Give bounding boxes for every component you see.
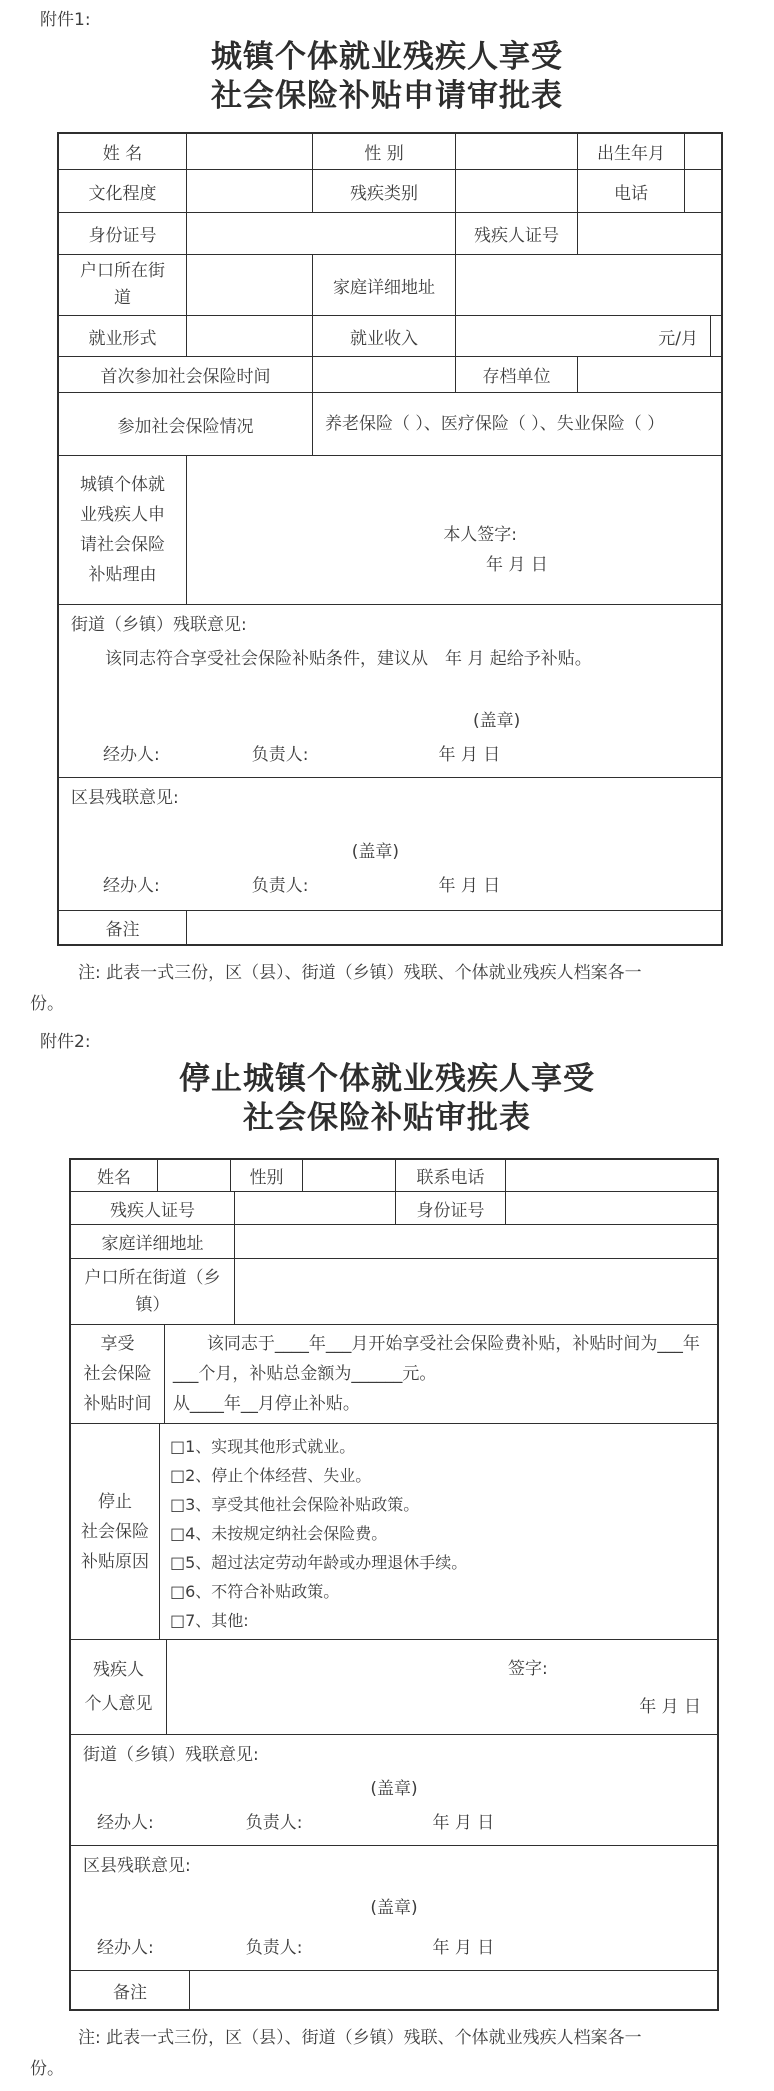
street-sign-line: 经办人: 负责人: 年 月 日 (71, 741, 709, 769)
county-sign-line: 经办人: 负责人: 年 月 日 (71, 872, 709, 900)
form2-table: 姓名 性别 联系电话 残疾人证号 身份证号 家庭详细地址 户口所在街道（乡 镇）… (69, 1158, 719, 2011)
form2-row-personal-opinion: 残疾人 个人意见 签字: 年 月 日 (71, 1639, 717, 1734)
personal-signature-date: 年 月 日 (639, 1692, 701, 1717)
archive-unit-value-cell (577, 357, 721, 392)
disability-id-value-cell (577, 213, 721, 254)
form2-footnote: 注: 此表一式三份，区（县）、街道（乡镇）残联、个体就业残疾人档案各一 份。 (30, 2023, 746, 2085)
form1-row-first-insurance: 首次参加社会保险时间 存档单位 (59, 356, 721, 392)
personal-signature-label: 签字: (508, 1654, 548, 1679)
form2-footnote-line1: 注: 此表一式三份，区（县）、街道（乡镇）残联、个体就业残疾人档案各一 (30, 2023, 746, 2054)
gender-value-cell (302, 1160, 395, 1191)
name-label: 姓 名 (59, 134, 186, 169)
subsidy-period-text1: 该同志于____年___月开始享受社会保险费补贴，补贴时间为___年___个月，… (173, 1329, 709, 1389)
id-number-value-cell (186, 213, 455, 254)
name-value-cell (157, 1160, 230, 1191)
archive-unit-label: 存档单位 (455, 357, 577, 392)
gender-label: 性 别 (312, 134, 455, 169)
document-page: 附件1: 城镇个体就业残疾人享受 社会保险补贴申请审批表 姓 名 性 别 出生年… (0, 0, 774, 2091)
id-number-label: 身份证号 (59, 213, 186, 254)
form1-row-basic1: 姓 名 性 别 出生年月 (59, 134, 721, 169)
form1-row-remark: 备注 (59, 910, 721, 944)
employment-form-value-cell (186, 316, 312, 356)
county-seal-placeholder: (盖章) (71, 838, 709, 866)
street-handler-label: 经办人: (103, 741, 160, 769)
form2-row-remark: 备注 (71, 1970, 717, 2009)
county-handler-label: 经办人: (103, 872, 160, 900)
form1-row-ids: 身份证号 残疾人证号 (59, 212, 721, 254)
street-date-label: 年 月 日 (432, 1809, 494, 1837)
county-sign-line: 经办人: 负责人: 年 月 日 (83, 1934, 705, 1962)
remark-label: 备注 (71, 1971, 189, 2009)
disability-id-value-cell (234, 1192, 395, 1224)
street-date-label: 年 月 日 (438, 741, 500, 769)
form2-title-line2: 社会保险补贴审批表 (243, 1100, 531, 1136)
household-street-value-cell (186, 255, 312, 315)
birth-label: 出生年月 (577, 134, 684, 169)
stop-reason-item-5: □5、超过法定劳动年龄或办理退休手续。 (170, 1548, 709, 1577)
birth-value-cell (684, 134, 721, 169)
form2-title-line1: 停止城镇个体就业残疾人享受 (179, 1061, 595, 1097)
form2-row-stop-reason: 停止 社会保险 补贴原因 □1、实现其他形式就业。 □2、停止个体经营、失业。 … (71, 1423, 717, 1639)
disability-id-label: 残疾人证号 (455, 213, 577, 254)
employment-form-label: 就业形式 (59, 316, 186, 356)
household-street-label: 户口所在街道（乡 镇） (71, 1259, 234, 1324)
county-handler-label: 经办人: (97, 1934, 154, 1962)
form1-title: 城镇个体就业残疾人享受 社会保险补贴申请审批表 (0, 38, 774, 116)
insurance-status-value: 养老保险（ ）、医疗保险（ ）、失业保险（ ） (312, 393, 721, 455)
form1-row-employment: 就业形式 就业收入 元/月 (59, 315, 721, 356)
street-opinion-body: 该同志符合享受社会保险补贴条件，建议从 年 月 起给予补贴。 (71, 645, 709, 673)
employment-income-label: 就业收入 (312, 316, 455, 356)
form1-table: 姓 名 性 别 出生年月 文化程度 残疾类别 电话 身份证号 残疾人证号 户口所… (57, 132, 723, 946)
form1-row-street-opinion: 街道（乡镇）残联意见: 该同志符合享受社会保险补贴条件，建议从 年 月 起给予补… (59, 604, 721, 777)
name-label: 姓名 (71, 1160, 157, 1191)
form1-title-line1: 城镇个体就业残疾人享受 (211, 39, 563, 75)
form2-row-street-opinion: 街道（乡镇）残联意见: (盖章) 经办人: 负责人: 年 月 日 (71, 1734, 717, 1845)
phone-label: 电话 (577, 170, 684, 212)
stop-reason-item-2: □2、停止个体经营、失业。 (170, 1461, 709, 1490)
form1-row-address: 户口所在街 道 家庭详细地址 (59, 254, 721, 315)
first-insurance-time-value-cell (312, 357, 455, 392)
street-seal-placeholder: (盖章) (71, 707, 709, 735)
employment-income-value-cell: 元/月 (455, 316, 710, 356)
county-principal-label: 负责人: (246, 1934, 303, 1962)
form1-footnote-line1: 注: 此表一式三份，区（县）、街道（乡镇）残联、个体就业残疾人档案各一 (30, 958, 746, 989)
education-label: 文化程度 (59, 170, 186, 212)
subsidy-period-text2: 从____年__月停止补贴。 (173, 1389, 709, 1419)
form2-footnote-line2: 份。 (30, 2054, 746, 2085)
household-street-label: 户口所在街 道 (59, 255, 186, 315)
home-address-label: 家庭详细地址 (71, 1225, 234, 1258)
stop-reason-item-3: □3、享受其他社会保险补贴政策。 (170, 1490, 709, 1519)
name-value-cell (186, 134, 312, 169)
attachment2-label: 附件2: (0, 1030, 774, 1054)
county-date-label: 年 月 日 (438, 872, 500, 900)
remark-value-cell (189, 1971, 717, 2009)
personal-opinion-label: 残疾人 个人意见 (71, 1640, 166, 1734)
county-opinion-cell: 区县残联意见: (盖章) 经办人: 负责人: 年 月 日 (71, 1846, 717, 1970)
home-address-value-cell (455, 255, 721, 315)
insurance-status-label: 参加社会保险情况 (59, 393, 312, 455)
form2-row-county-opinion: 区县残联意见: (盖章) 经办人: 负责人: 年 月 日 (71, 1845, 717, 1970)
street-opinion-title: 街道（乡镇）残联意见: (83, 1745, 259, 1765)
remark-value-cell (186, 911, 721, 944)
gender-value-cell (455, 134, 577, 169)
disability-type-value-cell (455, 170, 577, 212)
subsidy-period-label: 享受 社会保险 补贴时间 (71, 1325, 164, 1423)
disability-id-label: 残疾人证号 (71, 1192, 234, 1224)
phone-value-cell (684, 170, 721, 212)
form1-footnote-line2: 份。 (30, 989, 746, 1020)
stop-reason-list: □1、实现其他形式就业。 □2、停止个体经营、失业。 □3、享受其他社会保险补贴… (159, 1424, 717, 1639)
personal-opinion-content: 签字: 年 月 日 (166, 1640, 717, 1734)
county-opinion-title: 区县残联意见: (71, 788, 179, 808)
street-principal-label: 负责人: (246, 1809, 303, 1837)
self-signature-label: 本人签字: (443, 520, 721, 550)
street-opinion-cell: 街道（乡镇）残联意见: (盖章) 经办人: 负责人: 年 月 日 (71, 1735, 717, 1845)
attachment1-label: 附件1: (0, 8, 774, 32)
contact-phone-value-cell (505, 1160, 717, 1191)
employment-income-extra-cell (710, 316, 721, 356)
street-handler-label: 经办人: (97, 1809, 154, 1837)
stop-reason-item-1: □1、实现其他形式就业。 (170, 1432, 709, 1461)
county-opinion-cell: 区县残联意见: (盖章) 经办人: 负责人: 年 月 日 (59, 778, 721, 910)
form1-row-insurance-status: 参加社会保险情况 养老保险（ ）、医疗保险（ ）、失业保险（ ） (59, 392, 721, 455)
id-number-value-cell (505, 1192, 717, 1224)
county-opinion-title: 区县残联意见: (83, 1856, 191, 1876)
form2-row-subsidy-period: 享受 社会保险 补贴时间 该同志于____年___月开始享受社会保险费补贴，补贴… (71, 1324, 717, 1423)
form2-title: 停止城镇个体就业残疾人享受 社会保险补贴审批表 (0, 1060, 774, 1138)
stop-reason-label: 停止 社会保险 补贴原因 (71, 1424, 159, 1639)
street-principal-label: 负责人: (252, 741, 309, 769)
form1-row-basic2: 文化程度 残疾类别 电话 (59, 169, 721, 212)
form1-title-line2: 社会保险补贴申请审批表 (211, 78, 563, 114)
first-insurance-time-label: 首次参加社会保险时间 (59, 357, 312, 392)
county-principal-label: 负责人: (252, 872, 309, 900)
street-seal-placeholder: (盖章) (83, 1775, 705, 1803)
form1-footnote: 注: 此表一式三份，区（县）、街道（乡镇）残联、个体就业残疾人档案各一 份。 (30, 958, 746, 1020)
form2-row-address: 家庭详细地址 (71, 1224, 717, 1258)
stop-reason-item-4: □4、未按规定纳社会保险费。 (170, 1519, 709, 1548)
home-address-label: 家庭详细地址 (312, 255, 455, 315)
county-seal-placeholder: (盖章) (83, 1894, 705, 1922)
education-value-cell (186, 170, 312, 212)
street-opinion-title: 街道（乡镇）残联意见: (71, 615, 247, 635)
home-address-value-cell (234, 1225, 717, 1258)
contact-phone-label: 联系电话 (395, 1160, 505, 1191)
form2-row-street: 户口所在街道（乡 镇） (71, 1258, 717, 1324)
gender-label: 性别 (230, 1160, 302, 1191)
self-signature-date: 年 月 日 (486, 550, 721, 580)
street-sign-line: 经办人: 负责人: 年 月 日 (83, 1809, 705, 1837)
remark-label: 备注 (59, 911, 186, 944)
form2-row-ids: 残疾人证号 身份证号 (71, 1191, 717, 1224)
stop-reason-item-7: □7、其他: (170, 1606, 709, 1635)
household-street-value-cell (234, 1259, 717, 1324)
form1-row-county-opinion: 区县残联意见: (盖章) 经办人: 负责人: 年 月 日 (59, 777, 721, 910)
form2-row-basic: 姓名 性别 联系电话 (71, 1160, 717, 1191)
street-opinion-cell: 街道（乡镇）残联意见: 该同志符合享受社会保险补贴条件，建议从 年 月 起给予补… (59, 605, 721, 777)
disability-type-label: 残疾类别 (312, 170, 455, 212)
apply-reason-content-cell: 本人签字: 年 月 日 (186, 456, 721, 604)
id-number-label: 身份证号 (395, 1192, 505, 1224)
form1-row-apply-reason: 城镇个体就 业残疾人申 请社会保险 补贴理由 本人签字: 年 月 日 (59, 455, 721, 604)
stop-reason-item-6: □6、不符合补贴政策。 (170, 1577, 709, 1606)
county-date-label: 年 月 日 (432, 1934, 494, 1962)
apply-reason-label: 城镇个体就 业残疾人申 请社会保险 补贴理由 (59, 456, 186, 604)
subsidy-period-content: 该同志于____年___月开始享受社会保险费补贴，补贴时间为___年___个月，… (164, 1325, 717, 1423)
